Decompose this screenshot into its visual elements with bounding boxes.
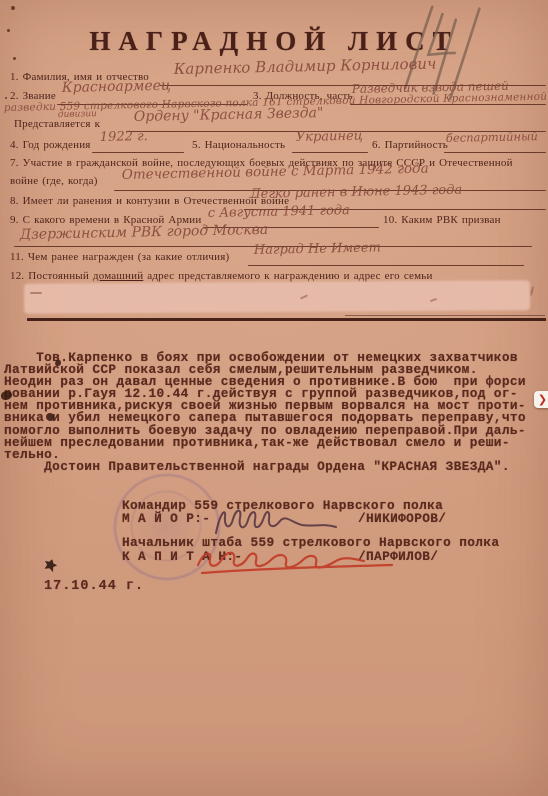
redaction-pen-mark <box>530 286 534 296</box>
paper-speck <box>5 97 7 99</box>
signer1-name: /НИКИФОРОВ/ <box>358 513 446 525</box>
field-value-wounds: Легко ранен в Июне 1943 года <box>250 183 463 202</box>
paper-speck <box>13 57 16 60</box>
redaction-pen-mark <box>30 292 42 294</box>
redacted-address-area <box>24 280 530 314</box>
field-underline <box>92 152 184 153</box>
signature-parfilov-red <box>192 543 402 579</box>
field-value-rank: Красноармеец <box>62 78 171 96</box>
citation-text: Тов.Карпенко в боях при освобождении от … <box>4 352 526 473</box>
field-underline <box>248 265 524 266</box>
document-date: 17.10.44 г. <box>44 581 144 593</box>
citation-line: нейшем преследовании противника,так-же д… <box>4 437 526 449</box>
field-value-previous-awards: Наград Не Имеет <box>254 240 381 258</box>
field-label-war-participation-2: войне (где, когда) <box>10 175 98 187</box>
field-label-home-address-underlined: домашний <box>93 270 143 282</box>
field-value-birth-year: 1922 г. <box>100 129 148 145</box>
field-underline <box>292 152 368 153</box>
field-label-birth-year: 4. Год рождения <box>10 139 91 151</box>
citation-line: Достоин Правительственной награды Ордена… <box>4 461 526 473</box>
field-value-party-status: беспартийный <box>446 129 538 145</box>
field-label-nationality: 5. Национальность <box>192 139 285 151</box>
field-underline <box>444 152 546 153</box>
field-value-presented-for: Ордену "Красная Звезда" <box>134 105 324 125</box>
hole-punch-mark <box>42 557 58 572</box>
signer1-rank: М А Й О Р:- <box>122 513 210 525</box>
field-label-home-address-pre: 12. Постоянный <box>10 270 93 282</box>
next-page-icon[interactable]: ❯ <box>534 391 548 408</box>
signature-nikiforov <box>212 503 342 539</box>
next-page-chevron-glyph: ❯ <box>538 393 547 406</box>
section-divider-rule <box>27 318 546 321</box>
ink-blot <box>46 413 54 421</box>
field-label-party-status: 6. Партийность <box>372 139 448 151</box>
award-sheet-document: НАГРАДНОЙ ЛИСТ 1. Фамилия, имя и отчеств… <box>0 0 548 796</box>
field-label-previous-awards: 11. Чем ранее награжден (за какие отличи… <box>10 251 229 263</box>
field-label-home-address: 12. Постоянный домашний адрес представля… <box>10 270 433 282</box>
field-label-drafted-by: 10. Каким РВК призван <box>383 214 501 226</box>
field-label-presented-for: Представляется к <box>14 118 100 130</box>
field-label-home-address-post: адрес представляемого к награждению и ад… <box>143 270 432 282</box>
field-value-army-since: с Августа 1941 года <box>208 203 350 221</box>
field-value-nationality: Украинец <box>296 129 363 145</box>
paper-speck <box>11 6 15 10</box>
section-divider-rule-secondary <box>345 315 545 316</box>
